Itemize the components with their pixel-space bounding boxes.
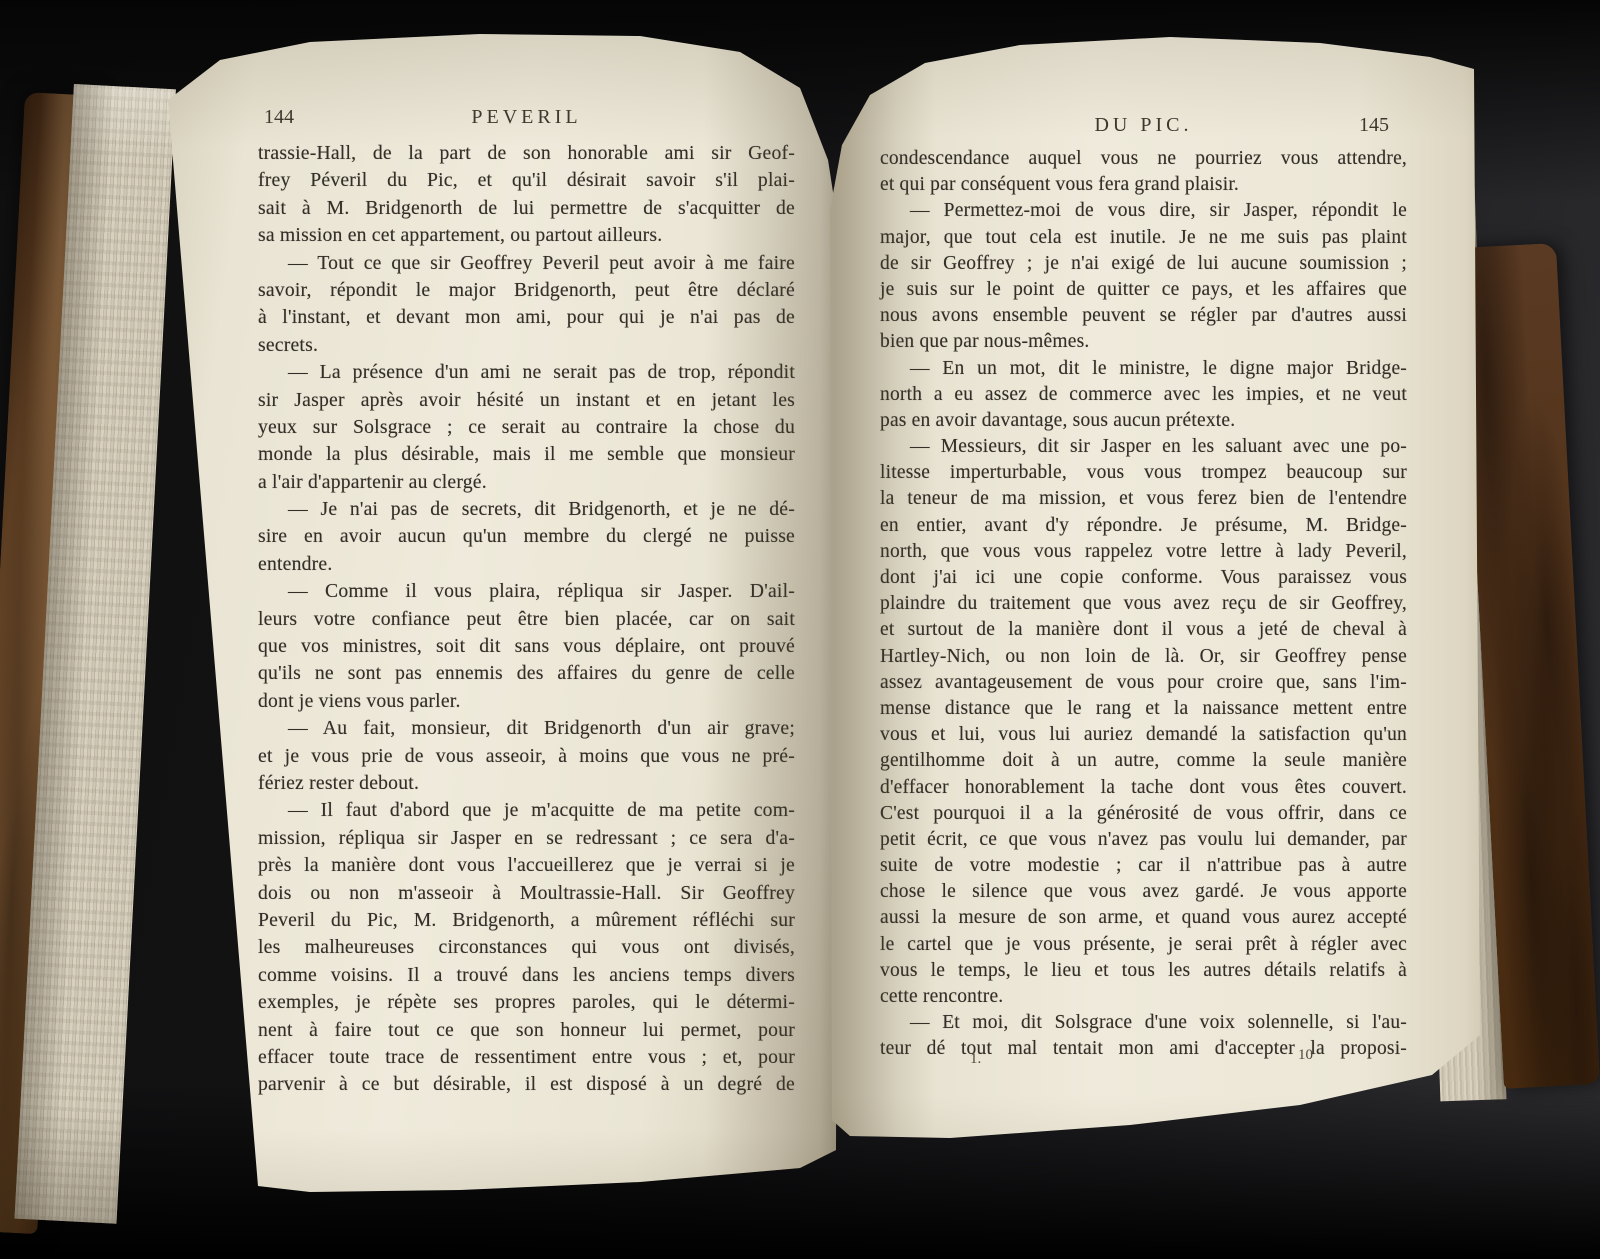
text-line: condescendance auquel vous ne pourriez v… [880,148,1407,174]
text-line: dont j'ai ici une copie conforme. Vous p… [880,567,1407,593]
text-line: Hartley-Nich, ou non loin de là. Or, sir… [880,646,1407,672]
text-line: leurs votre confiance peut être bien pla… [258,608,795,635]
text-line: d'effacer honorablement la tache dont vo… [880,777,1407,803]
text-line: sire en avoir aucun qu'un membre du cler… [258,525,795,552]
text-line: fériez rester debout. [258,772,795,799]
text-line: Peveril du Pic, M. Bridgenorth, a mûreme… [258,909,795,936]
text-line: à l'instant, et devant mon ami, pour qui… [258,306,795,333]
text-line: les malheureuses circonstances qui vous … [258,936,795,963]
text-line: parvenir à ce but désirable, il est disp… [258,1073,795,1100]
text-line: assez avantageusement de vous pour croir… [880,672,1407,698]
text-line: — Et moi, dit Solsgrace d'une voix solen… [880,1012,1407,1038]
text-line: C'est pourquoi il a la générosité de vou… [880,803,1407,829]
text-line: dont je viens vous parler. [258,690,795,717]
signature-mark-gathering: 10 [1298,1047,1313,1064]
text-line: comme voisins. Il a trouvé dans les anci… [258,964,795,991]
text-line: le cartel que je vous présente, je serai… [880,934,1407,960]
right-page: DU PIC. 145 condescendance auquel vous n… [830,35,1490,1175]
text-line: nent à faire tout ce que son honneur lui… [258,1019,795,1046]
text-line: entendre. [258,553,795,580]
text-line: la teneur de ma mission, et vous ferez b… [880,488,1407,514]
text-line: — Au fait, monsieur, dit Bridgenorth d'u… [258,717,795,744]
text-line: gentilhomme doit à un autre, comme la se… [880,750,1407,776]
text-line: qu'ils ne sont pas ennemis des affaires … [258,662,795,689]
text-line: petit écrit, ce que vous n'avez pas voul… [880,829,1407,855]
text-line: dois ou non m'asseoir à Moultrassie-Hall… [258,882,795,909]
text-line: yeux sur Solsgrace ; ce serait au contra… [258,416,795,443]
text-line: vous et lui, vous lui auriez demandé la … [880,724,1407,750]
text-line: je suis sur le point de quitter ce pays,… [880,279,1407,305]
text-line: pas en avoir davantage, sous aucun préte… [880,410,1407,436]
text-line: monde la plus désirable, mais il me semb… [258,443,795,470]
text-line: — Comme il vous plaira, répliqua sir Jas… [258,580,795,607]
text-line: — Messieurs, dit sir Jasper en les salua… [880,436,1407,462]
text-line: secrets. [258,334,795,361]
text-line: — Il faut d'abord que je m'acquitte de m… [258,799,795,826]
right-page-header: DU PIC. 145 [880,114,1407,144]
left-page-header: 144 PEVERIL [258,106,795,136]
text-line: cette rencontre. [880,986,1407,1012]
text-line: north, que vous vous rappelez votre lett… [880,541,1407,567]
text-line: exemples, je répète ses propres paroles,… [258,991,795,1018]
text-line: mission, répliqua sir Jasper en se redre… [258,827,795,854]
text-line: plaindre du traitement que vous avez reç… [880,593,1407,619]
text-line: chose le silence que vous avez gardé. Je… [880,881,1407,907]
text-line: teur dé tout mal tentait mon ami d'accep… [880,1038,1407,1064]
text-line: — La présence d'un ami ne serait pas de … [258,361,795,388]
signature-mark-volume: 1. [970,1051,981,1068]
text-line: sa mission en cet appartement, ou partou… [258,224,795,251]
text-line: près la manière dont vous l'accueillerez… [258,854,795,881]
running-title-right: DU PIC. [880,114,1407,137]
text-line: — En un mot, dit le ministre, le digne m… [880,358,1407,384]
text-line: major, que tout cela est inutile. Je ne … [880,227,1407,253]
page-number-left: 144 [264,106,294,129]
text-line: sait à M. Bridgenorth de lui permettre d… [258,197,795,224]
text-line: mense distance que le rang et la naissan… [880,698,1407,724]
text-line: sir Jasper après avoir hésité un instant… [258,389,795,416]
text-line: et qui par conséquent vous fera grand pl… [880,174,1407,200]
text-line: en entier, avant d'y répondre. Je présum… [880,515,1407,541]
text-line: frey Péveril du Pic, et qu'il désirait s… [258,169,795,196]
text-line: — Tout ce que sir Geoffrey Peveril peut … [258,252,795,279]
text-line: bien que par nous-mêmes. [880,331,1407,357]
text-line: effacer toute trace de ressentiment entr… [258,1046,795,1073]
text-line: suite de votre modestie ; car il n'attri… [880,855,1407,881]
text-line: litesse imperturbable, vous vous trompez… [880,462,1407,488]
text-line: savoir, répondit le major Bridgenorth, p… [258,279,795,306]
text-line: — Je n'ai pas de secrets, dit Bridgenort… [258,498,795,525]
left-page-text: trassie-Hall, de la part de son honorabl… [258,142,795,1101]
text-line: north a eu assez de commerce avec les im… [880,384,1407,410]
text-line: — Permettez-moi de vous dire, sir Jasper… [880,200,1407,226]
text-line: trassie-Hall, de la part de son honorabl… [258,142,795,169]
text-line: a l'air d'appartenir au clergé. [258,471,795,498]
text-line: et surtout de la manière dont il vous a … [880,619,1407,645]
text-line: et je vous prie de vous asseoir, à moins… [258,745,795,772]
text-line: que vos ministres, soit dit sans vous dé… [258,635,795,662]
text-line: de sir Geoffrey ; je n'ai exigé de lui a… [880,253,1407,279]
text-line: vous le temps, le lieu et tous les autre… [880,960,1407,986]
running-title-left: PEVERIL [258,106,795,129]
left-page: 144 PEVERIL trassie-Hall, de la part de … [160,30,840,1200]
right-page-text: condescendance auquel vous ne pourriez v… [880,148,1407,1065]
open-book-photo: 144 PEVERIL trassie-Hall, de la part de … [0,0,1600,1259]
page-number-right: 145 [1359,114,1389,137]
text-line: aussi la mesure de son arme, et quand vo… [880,907,1407,933]
text-line: nous avons ensemble peuvent se régler pa… [880,305,1407,331]
